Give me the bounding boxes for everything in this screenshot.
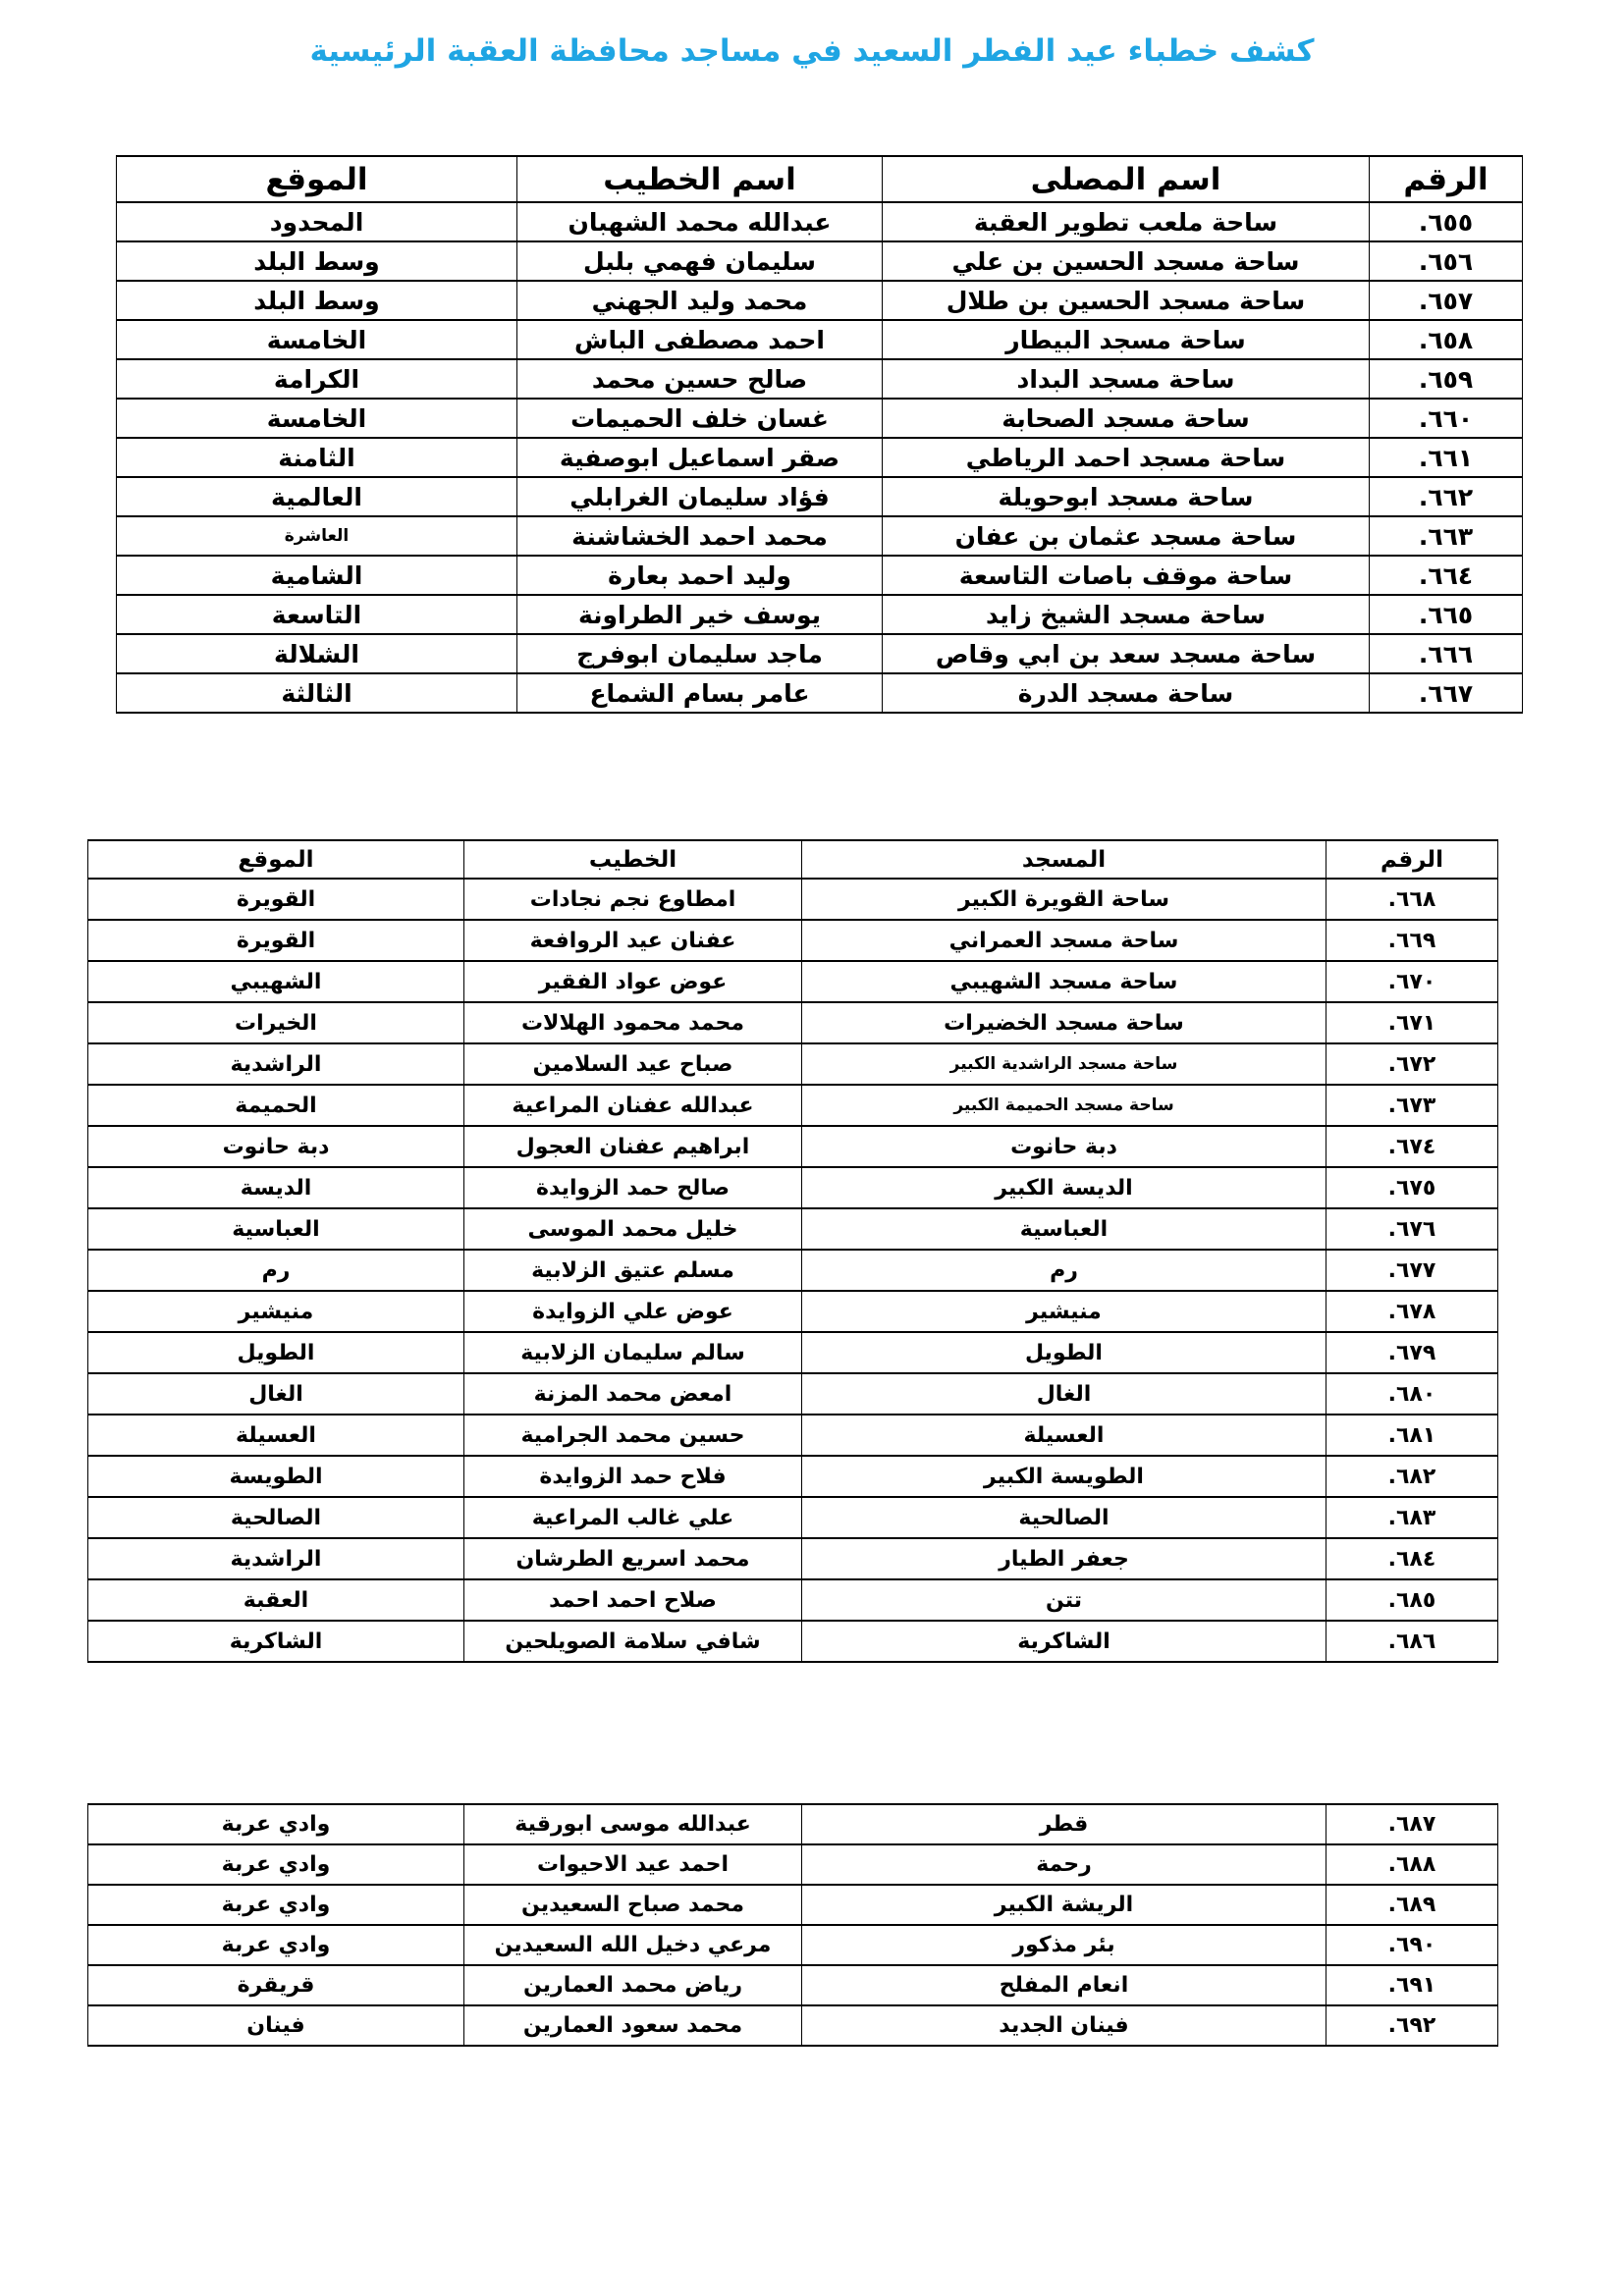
preacher-cell: عبدالله عفنان المراعية xyxy=(464,1085,802,1126)
table-row: ٦٧٥.الديسة الكبيرصالح حمد الزوايدةالديسة xyxy=(88,1167,1498,1208)
mosque-cell: ساحة مسجد الشهيبي xyxy=(802,961,1326,1002)
mosque-cell: دبة حانوت xyxy=(802,1126,1326,1167)
preacher-cell: عوض علي الزوايدة xyxy=(464,1291,802,1332)
location-cell: الخامسة xyxy=(117,399,517,438)
location-cell: الثالثة xyxy=(117,673,517,713)
table-row: ٦٦٣.ساحة مسجد عثمان بن عفانمحمد احمد الخ… xyxy=(117,516,1523,556)
preacher-cell: فلاح حمد الزوايدة xyxy=(464,1456,802,1497)
table-row: ٦٧٨.منيشيرعوض علي الزوايدةمنيشير xyxy=(88,1291,1498,1332)
mosque-cell: بئر مذكور xyxy=(802,1925,1326,1965)
header-row: الرقمالمسجدالخطيبالموقع xyxy=(88,840,1498,879)
table-row: ٦٦٦.ساحة مسجد سعد بن ابي وقاصماجد سليمان… xyxy=(117,634,1523,673)
row-number-cell: ٦٨٧. xyxy=(1326,1804,1498,1844)
mosque-cell: تتن xyxy=(802,1579,1326,1621)
table-row: ٦٧٦.العباسيةخليل محمد الموسىالعباسية xyxy=(88,1208,1498,1250)
row-number-cell: ٦٥٥. xyxy=(1370,202,1523,241)
mosque-cell: ساحة مسجد عثمان بن عفان xyxy=(883,516,1370,556)
preacher-cell: رياض محمد العمارين xyxy=(464,1965,802,2005)
preacher-cell: خليل محمد الموسى xyxy=(464,1208,802,1250)
location-cell: القويرة xyxy=(88,879,464,920)
preacher-cell: عبدالله موسى ابورقية xyxy=(464,1804,802,1844)
preacher-cell: امعض محمد المزنة xyxy=(464,1373,802,1415)
row-number-cell: ٦٨٢. xyxy=(1326,1456,1498,1497)
location-cell: المحدود xyxy=(117,202,517,241)
preacher-cell: سالم سليمان الزلابية xyxy=(464,1332,802,1373)
mosque-cell: الصالحية xyxy=(802,1497,1326,1538)
preacher-cell: يوسف خير الطراونة xyxy=(517,595,883,634)
column-header: الخطيب xyxy=(464,840,802,879)
preacher-cell: احمد مصطفى الباش xyxy=(517,320,883,359)
preacher-cell: صلاح احمد احمد xyxy=(464,1579,802,1621)
table-row: ٦٦٤.ساحة موقف باصات التاسعةوليد احمد بعا… xyxy=(117,556,1523,595)
row-number-cell: ٦٦٧. xyxy=(1370,673,1523,713)
row-number-cell: ٦٥٨. xyxy=(1370,320,1523,359)
mosque-cell: ساحة ملعب تطوير العقبة xyxy=(883,202,1370,241)
preacher-cell: سليمان فهمي بلبل xyxy=(517,241,883,281)
row-number-cell: ٦٦٦. xyxy=(1370,634,1523,673)
preacher-cell: محمد سعود العمارين xyxy=(464,2005,802,2046)
row-number-cell: ٦٨٩. xyxy=(1326,1885,1498,1925)
row-number-cell: ٦٥٧. xyxy=(1370,281,1523,320)
mosque-cell: ساحة مسجد الخضيرات xyxy=(802,1002,1326,1043)
table-row: ٦٥٦.ساحة مسجد الحسين بن عليسليمان فهمي ب… xyxy=(117,241,1523,281)
mosque-cell: انعام المفلح xyxy=(802,1965,1326,2005)
preacher-cell: عفنان عيد الروافعة xyxy=(464,920,802,961)
row-number-cell: ٦٧٨. xyxy=(1326,1291,1498,1332)
mosque-cell: قطر xyxy=(802,1804,1326,1844)
row-number-cell: ٦٦٨. xyxy=(1326,879,1498,920)
location-cell: الكرامة xyxy=(117,359,517,399)
table-row: ٦٥٩.ساحة مسجد البدادصالح حسين محمدالكرام… xyxy=(117,359,1523,399)
table-row: ٦٦٥.ساحة مسجد الشيخ زايديوسف خير الطراون… xyxy=(117,595,1523,634)
mosque-cell: الطويل xyxy=(802,1332,1326,1373)
row-number-cell: ٦٩٠. xyxy=(1326,1925,1498,1965)
mosque-cell: الغال xyxy=(802,1373,1326,1415)
row-number-cell: ٦٨٦. xyxy=(1326,1621,1498,1662)
location-cell: وسط البلد xyxy=(117,281,517,320)
table-eid-preachers-wadi-araba: ٦٨٧.قطرعبدالله موسى ابورقيةوادي عربة٦٨٨.… xyxy=(87,1803,1498,2047)
preacher-cell: عامر بسام الشماع xyxy=(517,673,883,713)
mosque-cell: ساحة مسجد الراشدية الكبير xyxy=(802,1043,1326,1085)
row-number-cell: ٦٦٥. xyxy=(1370,595,1523,634)
table-row: ٦٨٥.تتنصلاح احمد احمدالعقبة xyxy=(88,1579,1498,1621)
preacher-cell: ماجد سليمان ابوفرج xyxy=(517,634,883,673)
table-row: ٦٨٩.الريشة الكبيرمحمد صباح السعيدينوادي … xyxy=(88,1885,1498,1925)
location-cell: الغال xyxy=(88,1373,464,1415)
table-row: ٦٧١.ساحة مسجد الخضيراتمحمد محمود الهلالا… xyxy=(88,1002,1498,1043)
row-number-cell: ٦٧٠. xyxy=(1326,961,1498,1002)
row-number-cell: ٦٦٩. xyxy=(1326,920,1498,961)
preacher-cell: امطاوع نجم نجادات xyxy=(464,879,802,920)
table-eid-preachers-quwayra: الرقمالمسجدالخطيبالموقع٦٦٨.ساحة القويرة … xyxy=(87,839,1498,1663)
location-cell: الصالحية xyxy=(88,1497,464,1538)
location-cell: وادي عربة xyxy=(88,1885,464,1925)
location-cell: الشلالة xyxy=(117,634,517,673)
mosque-cell: الطويسة الكبير xyxy=(802,1456,1326,1497)
row-number-cell: ٦٨٨. xyxy=(1326,1844,1498,1885)
location-cell: الثامنة xyxy=(117,438,517,477)
row-number-cell: ٦٧٦. xyxy=(1326,1208,1498,1250)
location-cell: وادي عربة xyxy=(88,1844,464,1885)
table-row: ٦٧٧.رممسلم عتيق الزلابيةرم xyxy=(88,1250,1498,1291)
location-cell: الشهيبي xyxy=(88,961,464,1002)
table-row: ٦٨١.العسيلةحسين محمد الجراميةالعسيلة xyxy=(88,1415,1498,1456)
table-row: ٦٨٣.الصالحيةعلي غالب المراعيةالصالحية xyxy=(88,1497,1498,1538)
row-number-cell: ٦٦٣. xyxy=(1370,516,1523,556)
mosque-cell: ساحة القويرة الكبير xyxy=(802,879,1326,920)
preacher-cell: محمد احمد الخشاشنة xyxy=(517,516,883,556)
preacher-cell: عبدالله محمد الشهبان xyxy=(517,202,883,241)
location-cell: رم xyxy=(88,1250,464,1291)
table-row: ٦٦٩.ساحة مسجد العمرانيعفنان عيد الروافعة… xyxy=(88,920,1498,961)
table-row: ٦٦٢.ساحة مسجد ابوحويلةفؤاد سليمان الغراب… xyxy=(117,477,1523,516)
mosque-cell: ساحة مسجد العمراني xyxy=(802,920,1326,961)
location-cell: الخامسة xyxy=(117,320,517,359)
row-number-cell: ٦٨٤. xyxy=(1326,1538,1498,1579)
row-number-cell: ٦٦١. xyxy=(1370,438,1523,477)
column-header: الموقع xyxy=(117,156,517,202)
row-number-cell: ٦٦٤. xyxy=(1370,556,1523,595)
preacher-cell: محمد محمود الهلالات xyxy=(464,1002,802,1043)
mosque-cell: منيشير xyxy=(802,1291,1326,1332)
location-cell: قريقرة xyxy=(88,1965,464,2005)
table-row: ٦٨٢.الطويسة الكبيرفلاح حمد الزوايدةالطوي… xyxy=(88,1456,1498,1497)
mosque-cell: ساحة موقف باصات التاسعة xyxy=(883,556,1370,595)
location-cell: العالمية xyxy=(117,477,517,516)
document-page: كشف خطباء عيد الفطر السعيد في مساجد محاف… xyxy=(0,0,1624,2296)
mosque-cell: ساحة مسجد احمد الرياطي xyxy=(883,438,1370,477)
location-cell: فينان xyxy=(88,2005,464,2046)
location-cell: الخيرات xyxy=(88,1002,464,1043)
mosque-cell: الشاكرية xyxy=(802,1621,1326,1662)
column-header: اسم المصلى xyxy=(883,156,1370,202)
table-row: ٦٨٠.الغالامعض محمد المزنةالغال xyxy=(88,1373,1498,1415)
table-row: ٦٦٨.ساحة القويرة الكبيرامطاوع نجم نجادات… xyxy=(88,879,1498,920)
location-cell: الشاكرية xyxy=(88,1621,464,1662)
location-cell: القويرة xyxy=(88,920,464,961)
table-row: ٦٨٤.جعفر الطيارمحمد اسريع الطرشانالراشدي… xyxy=(88,1538,1498,1579)
table-row: ٦٩٠.بئر مذكورمرعي دخيل الله السعيدينوادي… xyxy=(88,1925,1498,1965)
preacher-cell: صباح عيد السلامين xyxy=(464,1043,802,1085)
mosque-cell: ساحة مسجد الصحابة xyxy=(883,399,1370,438)
location-cell: الراشدية xyxy=(88,1538,464,1579)
mosque-cell: رحمة xyxy=(802,1844,1326,1885)
column-header: الموقع xyxy=(88,840,464,879)
table-row: ٦٧٩.الطويلسالم سليمان الزلابيةالطويل xyxy=(88,1332,1498,1373)
preacher-cell: حسين محمد الجرامية xyxy=(464,1415,802,1456)
location-cell: الطويسة xyxy=(88,1456,464,1497)
mosque-cell: فينان الجديد xyxy=(802,2005,1326,2046)
location-cell: العاشرة xyxy=(117,516,517,556)
column-header: المسجد xyxy=(802,840,1326,879)
location-cell: دبة حانوت xyxy=(88,1126,464,1167)
preacher-cell: علي غالب المراعية xyxy=(464,1497,802,1538)
mosque-cell: ساحة مسجد الشيخ زايد xyxy=(883,595,1370,634)
row-number-cell: ٦٧٩. xyxy=(1326,1332,1498,1373)
mosque-cell: العسيلة xyxy=(802,1415,1326,1456)
preacher-cell: مرعي دخيل الله السعيدين xyxy=(464,1925,802,1965)
row-number-cell: ٦٨١. xyxy=(1326,1415,1498,1456)
row-number-cell: ٦٧٥. xyxy=(1326,1167,1498,1208)
mosque-cell: ساحة مسجد الحسين بن طلال xyxy=(883,281,1370,320)
location-cell: منيشير xyxy=(88,1291,464,1332)
mosque-cell: ساحة مسجد البيطار xyxy=(883,320,1370,359)
location-cell: الديسة xyxy=(88,1167,464,1208)
location-cell: العقبة xyxy=(88,1579,464,1621)
location-cell: الشامية xyxy=(117,556,517,595)
table-row: ٦٨٨.رحمةاحمد عيد الاحيواتوادي عربة xyxy=(88,1844,1498,1885)
page-title: كشف خطباء عيد الفطر السعيد في مساجد محاف… xyxy=(0,33,1624,69)
preacher-cell: ابراهيم عفنان العجول xyxy=(464,1126,802,1167)
preacher-cell: مسلم عتيق الزلابية xyxy=(464,1250,802,1291)
mosque-cell: الديسة الكبير xyxy=(802,1167,1326,1208)
table-row: ٦٨٦.الشاكريةشافي سلامة الصويلحينالشاكرية xyxy=(88,1621,1498,1662)
location-cell: وسط البلد xyxy=(117,241,517,281)
location-cell: التاسعة xyxy=(117,595,517,634)
preacher-cell: عوض عواد الفقير xyxy=(464,961,802,1002)
row-number-cell: ٦٧٣. xyxy=(1326,1085,1498,1126)
row-number-cell: ٦٦٠. xyxy=(1370,399,1523,438)
mosque-cell: رم xyxy=(802,1250,1326,1291)
table-row: ٦٧٠.ساحة مسجد الشهيبيعوض عواد الفقيرالشه… xyxy=(88,961,1498,1002)
preacher-cell: احمد عيد الاحيوات xyxy=(464,1844,802,1885)
mosque-cell: ساحة مسجد ابوحويلة xyxy=(883,477,1370,516)
mosque-cell: العباسية xyxy=(802,1208,1326,1250)
location-cell: الطويل xyxy=(88,1332,464,1373)
location-cell: وادي عربة xyxy=(88,1925,464,1965)
preacher-cell: غسان خلف الحميمات xyxy=(517,399,883,438)
preacher-cell: صالح حسين محمد xyxy=(517,359,883,399)
column-header: اسم الخطيب xyxy=(517,156,883,202)
column-header: الرقم xyxy=(1326,840,1498,879)
location-cell: العباسية xyxy=(88,1208,464,1250)
row-number-cell: ٦٩١. xyxy=(1326,1965,1498,2005)
mosque-cell: ساحة مسجد الحسين بن علي xyxy=(883,241,1370,281)
preacher-cell: صقر اسماعيل ابوصفية xyxy=(517,438,883,477)
mosque-cell: الريشة الكبير xyxy=(802,1885,1326,1925)
mosque-cell: ساحة مسجد سعد بن ابي وقاص xyxy=(883,634,1370,673)
table-row: ٦٨٧.قطرعبدالله موسى ابورقيةوادي عربة xyxy=(88,1804,1498,1844)
mosque-cell: ساحة مسجد الحميمة الكبير xyxy=(802,1085,1326,1126)
header-row: الرقماسم المصلىاسم الخطيبالموقع xyxy=(117,156,1523,202)
table-row: ٦٦٧.ساحة مسجد الدرةعامر بسام الشماعالثال… xyxy=(117,673,1523,713)
preacher-cell: محمد وليد الجهني xyxy=(517,281,883,320)
preacher-cell: محمد اسريع الطرشان xyxy=(464,1538,802,1579)
preacher-cell: محمد صباح السعيدين xyxy=(464,1885,802,1925)
table-row: ٦٥٧.ساحة مسجد الحسين بن طلالمحمد وليد ال… xyxy=(117,281,1523,320)
table-eid-preachers-main: الرقماسم المصلىاسم الخطيبالموقع٦٥٥.ساحة … xyxy=(116,155,1523,714)
row-number-cell: ٦٧١. xyxy=(1326,1002,1498,1043)
row-number-cell: ٦٦٢. xyxy=(1370,477,1523,516)
table-row: ٦٦١.ساحة مسجد احمد الرياطيصقر اسماعيل اب… xyxy=(117,438,1523,477)
mosque-cell: ساحة مسجد الدرة xyxy=(883,673,1370,713)
mosque-cell: جعفر الطيار xyxy=(802,1538,1326,1579)
preacher-cell: فؤاد سليمان الغرابلي xyxy=(517,477,883,516)
table-row: ٦٦٠.ساحة مسجد الصحابةغسان خلف الحميماتال… xyxy=(117,399,1523,438)
table-row: ٦٩١.انعام المفلحرياض محمد العمارينقريقرة xyxy=(88,1965,1498,2005)
row-number-cell: ٦٨٣. xyxy=(1326,1497,1498,1538)
location-cell: وادي عربة xyxy=(88,1804,464,1844)
row-number-cell: ٦٨٥. xyxy=(1326,1579,1498,1621)
preacher-cell: صالح حمد الزوايدة xyxy=(464,1167,802,1208)
mosque-cell: ساحة مسجد البداد xyxy=(883,359,1370,399)
row-number-cell: ٦٧٤. xyxy=(1326,1126,1498,1167)
row-number-cell: ٦٥٩. xyxy=(1370,359,1523,399)
row-number-cell: ٦٧٢. xyxy=(1326,1043,1498,1085)
location-cell: الراشدية xyxy=(88,1043,464,1085)
table-row: ٦٩٢.فينان الجديدمحمد سعود العمارينفينان xyxy=(88,2005,1498,2046)
location-cell: العسيلة xyxy=(88,1415,464,1456)
table-row: ٦٥٥.ساحة ملعب تطوير العقبةعبدالله محمد ا… xyxy=(117,202,1523,241)
table-row: ٦٧٤.دبة حانوتابراهيم عفنان العجولدبة حان… xyxy=(88,1126,1498,1167)
table-row: ٦٧٢.ساحة مسجد الراشدية الكبيرصباح عيد ال… xyxy=(88,1043,1498,1085)
row-number-cell: ٦٩٢. xyxy=(1326,2005,1498,2046)
row-number-cell: ٦٨٠. xyxy=(1326,1373,1498,1415)
location-cell: الحميمة xyxy=(88,1085,464,1126)
column-header: الرقم xyxy=(1370,156,1523,202)
row-number-cell: ٦٥٦. xyxy=(1370,241,1523,281)
row-number-cell: ٦٧٧. xyxy=(1326,1250,1498,1291)
table-row: ٦٥٨.ساحة مسجد البيطاراحمد مصطفى الباشالخ… xyxy=(117,320,1523,359)
table-row: ٦٧٣.ساحة مسجد الحميمة الكبيرعبدالله عفنا… xyxy=(88,1085,1498,1126)
preacher-cell: شافي سلامة الصويلحين xyxy=(464,1621,802,1662)
preacher-cell: وليد احمد بعارة xyxy=(517,556,883,595)
